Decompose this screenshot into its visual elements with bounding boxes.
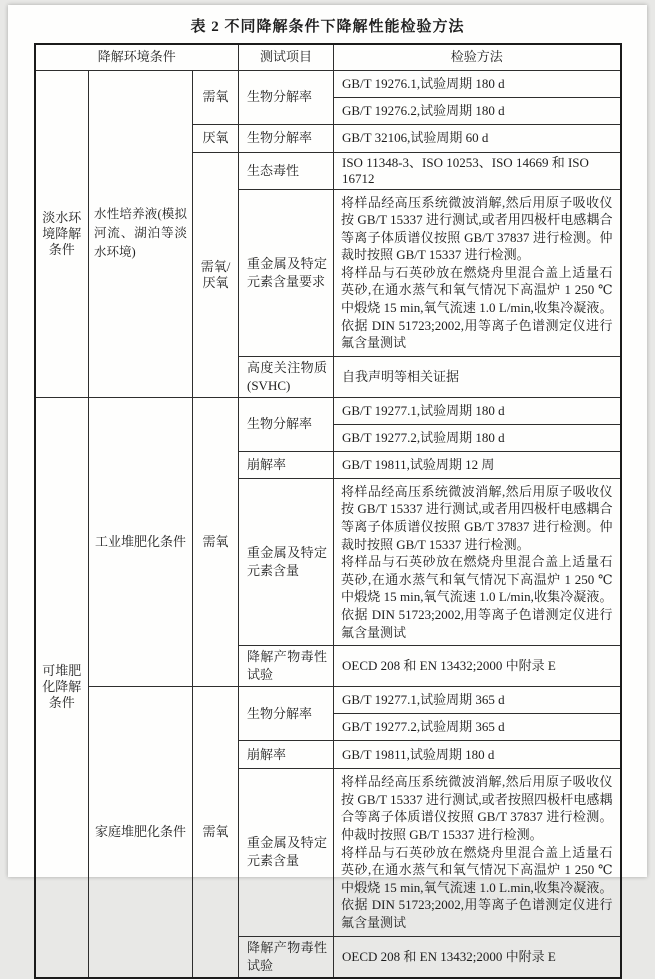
cell-home-disintegration-item: 崩解率 [239, 741, 334, 769]
cell-industrial-bio-method-2: GB/T 19277.2,试验周期 180 d [334, 424, 621, 451]
cell-freshwater-mixed-condition: 需氧/厌氧 [193, 152, 239, 397]
method-paragraph: 将样品经高压系统微波消解,然后用原子吸收仪按 GB/T 15337 进行测试,或… [341, 773, 613, 843]
method-paragraph: 将样品与石英砂放在燃烧舟里混合盖上适量石英砂,在通水蒸气和氧气情况下高温炉 1 … [341, 553, 613, 641]
cell-industrial-disintegration-item: 崩解率 [239, 451, 334, 478]
cell-freshwater-aerobic-condition: 需氧 [193, 70, 239, 124]
cell-freshwater-anaerobic-method: GB/T 32106,试验周期 60 d [334, 124, 621, 152]
cell-industrial-disintegration-method: GB/T 19811,试验周期 12 周 [334, 451, 621, 478]
cell-industrial-toxicity-method: OECD 208 和 EN 13432;2000 中附录 E [334, 646, 621, 687]
method-paragraph: 将样品与石英砂放在燃烧舟里混合盖上适量石英砂,在通水蒸气和氧气情况下高温炉 1 … [341, 264, 613, 352]
cell-freshwater-svhc-item: 高度关注物质(SVHC) [239, 356, 334, 397]
table-row: 可堆肥化降解条件 工业堆肥化条件 需氧 生物分解率 GB/T 19277.1,试… [35, 397, 621, 424]
table-title: 表 2 不同降解条件下降解性能检验方法 [8, 5, 647, 39]
method-paragraph: 将样品经高压系统微波消解,然后用原子吸收仪按 GB/T 15337 进行测试,或… [341, 194, 613, 264]
cell-industrial-heavy-metal-item: 重金属及特定元素含量 [239, 478, 334, 645]
method-paragraph: 将样品与石英砂放在燃烧舟里混合盖上适量石英砂,在通水蒸气和氧气情况下高温炉 1 … [341, 844, 613, 884]
cell-freshwater-aerobic-method-2: GB/T 19276.2,试验周期 180 d [334, 97, 621, 124]
cell-industrial-toxicity-item: 降解产物毒性试验 [239, 646, 334, 687]
cell-home-medium: 家庭堆肥化条件 [89, 687, 193, 884]
cell-home-bio-method-2: GB/T 19277.2,试验周期 365 d [334, 714, 621, 741]
table-row: 家庭堆肥化条件 需氧 生物分解率 GB/T 19277.1,试验周期 365 d [35, 687, 621, 714]
cell-industrial-bio-item: 生物分解率 [239, 397, 334, 451]
document-page: 表 2 不同降解条件下降解性能检验方法 降解环境条件 测试项目 检验方法 淡水环… [8, 5, 647, 877]
cell-home-heavy-metal-item: 重金属及特定元素含量 [239, 769, 334, 884]
cell-freshwater-env: 淡水环境降解条件 [35, 70, 89, 397]
table-row: 淡水环境降解条件 水性培养液(模拟河流、湖泊等淡水环境) 需氧 生物分解率 GB… [35, 70, 621, 97]
cell-freshwater-heavy-metal-item: 重金属及特定元素含量要求 [239, 189, 334, 356]
col-header-test-item: 测试项目 [239, 44, 334, 70]
degradation-methods-table: 降解环境条件 测试项目 检验方法 淡水环境降解条件 水性培养液(模拟河流、湖泊等… [34, 43, 622, 884]
cell-industrial-bio-method-1: GB/T 19277.1,试验周期 180 d [334, 397, 621, 424]
cell-home-bio-method-1: GB/T 19277.1,试验周期 365 d [334, 687, 621, 714]
col-header-inspection-method: 检验方法 [334, 44, 621, 70]
cell-industrial-heavy-metal-method: 将样品经高压系统微波消解,然后用原子吸收仪按 GB/T 15337 进行测试,或… [334, 478, 621, 645]
cell-home-condition: 需氧 [193, 687, 239, 884]
table-header-row: 降解环境条件 测试项目 检验方法 [35, 44, 621, 70]
cell-industrial-condition: 需氧 [193, 397, 239, 686]
cell-industrial-medium: 工业堆肥化条件 [89, 397, 193, 686]
cell-home-bio-item: 生物分解率 [239, 687, 334, 741]
cell-freshwater-aerobic-item: 生物分解率 [239, 70, 334, 124]
cell-freshwater-heavy-metal-method: 将样品经高压系统微波消解,然后用原子吸收仪按 GB/T 15337 进行测试,或… [334, 189, 621, 356]
cell-freshwater-svhc-method: 自我声明等相关证据 [334, 356, 621, 397]
cell-home-disintegration-method: GB/T 19811,试验周期 180 d [334, 741, 621, 769]
cell-freshwater-anaerobic-item: 生物分解率 [239, 124, 334, 152]
cell-freshwater-anaerobic-condition: 厌氧 [193, 124, 239, 152]
cell-freshwater-ecotoxicity-method: ISO 11348-3、ISO 10253、ISO 14669 和 ISO 16… [334, 152, 621, 189]
cell-freshwater-aerobic-method-1: GB/T 19276.1,试验周期 180 d [334, 70, 621, 97]
method-paragraph: 将样品经高压系统微波消解,然后用原子吸收仪按 GB/T 15337 进行测试,或… [341, 483, 613, 553]
cell-home-heavy-metal-method: 将样品经高压系统微波消解,然后用原子吸收仪按 GB/T 15337 进行测试,或… [334, 769, 621, 884]
cell-freshwater-medium: 水性培养液(模拟河流、湖泊等淡水环境) [89, 70, 193, 397]
col-header-env-condition: 降解环境条件 [35, 44, 239, 70]
cell-compostable-env: 可堆肥化降解条件 [35, 397, 89, 884]
cell-freshwater-ecotoxicity-item: 生态毒性 [239, 152, 334, 189]
